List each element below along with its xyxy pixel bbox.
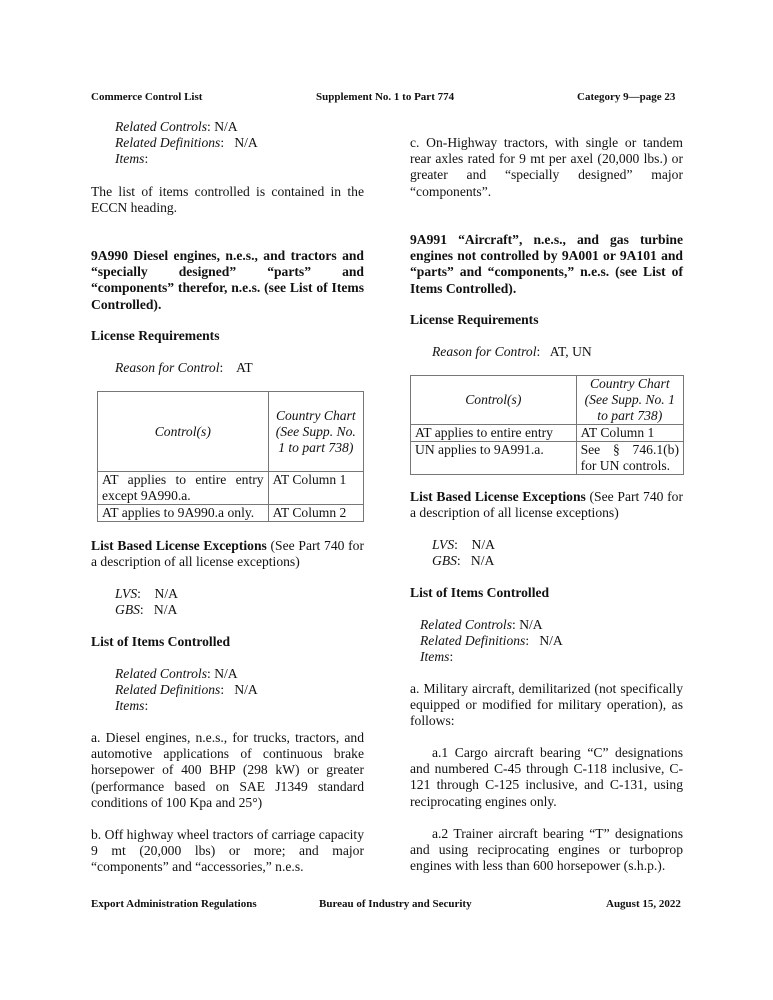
left-column: Related Controls: N/A Related Definition…	[91, 119, 364, 216]
table-row: AT applies to 9A990.a only. AT Column 2	[98, 505, 364, 522]
related-controls-9a990: Related Controls: N/A	[115, 666, 258, 682]
list-of-items-title-9a991: List of Items Controlled	[410, 585, 549, 601]
footer-center: Bureau of Industry and Security	[319, 898, 472, 910]
item-9a990-b: b. Off highway wheel tractors of carriag…	[91, 827, 364, 876]
lble-9a991: List Based License Exceptions (See Part …	[410, 489, 683, 521]
prev-related-controls: Related Controls: N/A	[91, 119, 364, 135]
prev-text: The list of items controlled is containe…	[91, 184, 364, 216]
table-row: AT applies to entire entry AT Column 1	[411, 425, 684, 442]
eccn-9a990-heading: 9A990 Diesel engines, n.e.s., and tracto…	[91, 248, 364, 313]
header-right: Category 9—page 23	[577, 91, 675, 103]
item-9a991-a1: a.1 Cargo aircraft bearing “C” designati…	[410, 745, 683, 810]
table-header-country-chart: Country Chart (See Supp. No. 1 to part 7…	[576, 376, 683, 425]
reason-for-control-9a990: Reason for Control: AT	[115, 360, 253, 376]
item-9a990-a: a. Diesel engines, n.e.s., for trucks, t…	[91, 730, 364, 811]
item-9a990-c: c. On-Highway tractors, with single or t…	[410, 135, 683, 200]
table-row: UN applies to 9A991.a. See § 746.1(b) fo…	[411, 442, 684, 475]
license-requirements-9a991: License Requirements	[410, 312, 539, 328]
prev-related-definitions: Related Definitions: N/A	[91, 135, 364, 151]
header-center: Supplement No. 1 to Part 774	[316, 91, 454, 103]
license-exceptions-9a990: LVS: N/A GBS: N/A	[115, 586, 178, 618]
related-controls-9a991: Related Controls: N/A	[420, 617, 563, 633]
table-header-country-chart: Country Chart (See Supp. No. 1 to part 7…	[268, 392, 363, 472]
header-left: Commerce Control List	[91, 91, 202, 103]
eccn-9a991-heading: 9A991 “Aircraft”, n.e.s., and gas turbin…	[410, 232, 683, 297]
table-row: AT applies to entire entry except 9A990.…	[98, 472, 364, 505]
table-header-controls: Control(s)	[411, 376, 577, 425]
prev-items: Items:	[91, 151, 364, 167]
item-9a991-a: a. Military aircraft, demilitarized (not…	[410, 681, 683, 730]
items-9a990: Items:	[115, 698, 258, 714]
gbs-9a990: GBS: N/A	[115, 602, 178, 618]
lvs-9a991: LVS: N/A	[432, 537, 495, 553]
table-header-row: Control(s) Country Chart (See Supp. No. …	[98, 392, 364, 472]
reason-for-control-9a991: Reason for Control: AT, UN	[432, 344, 592, 360]
license-exceptions-9a991: LVS: N/A GBS: N/A	[432, 537, 495, 569]
footer-right: August 15, 2022	[606, 898, 681, 910]
license-requirements-9a990: License Requirements	[91, 328, 220, 344]
items-9a991: Items:	[420, 649, 563, 665]
gbs-9a991: GBS: N/A	[432, 553, 495, 569]
lble-9a990: List Based License Exceptions (See Part …	[91, 538, 364, 570]
list-of-items-title-9a990: List of Items Controlled	[91, 634, 230, 650]
related-9a991: Related Controls: N/A Related Definition…	[420, 617, 563, 666]
lvs-9a990: LVS: N/A	[115, 586, 178, 602]
control-table-9a990: Control(s) Country Chart (See Supp. No. …	[97, 391, 364, 522]
item-9a991-a2: a.2 Trainer aircraft bearing “T” designa…	[410, 826, 683, 875]
footer-left: Export Administration Regulations	[91, 898, 257, 910]
related-9a990: Related Controls: N/A Related Definition…	[115, 666, 258, 715]
table-header-controls: Control(s)	[98, 392, 269, 472]
table-header-row: Control(s) Country Chart (See Supp. No. …	[411, 376, 684, 425]
related-definitions-9a991: Related Definitions: N/A	[420, 633, 563, 649]
control-table-9a991: Control(s) Country Chart (See Supp. No. …	[410, 375, 684, 475]
related-definitions-9a990: Related Definitions: N/A	[115, 682, 258, 698]
